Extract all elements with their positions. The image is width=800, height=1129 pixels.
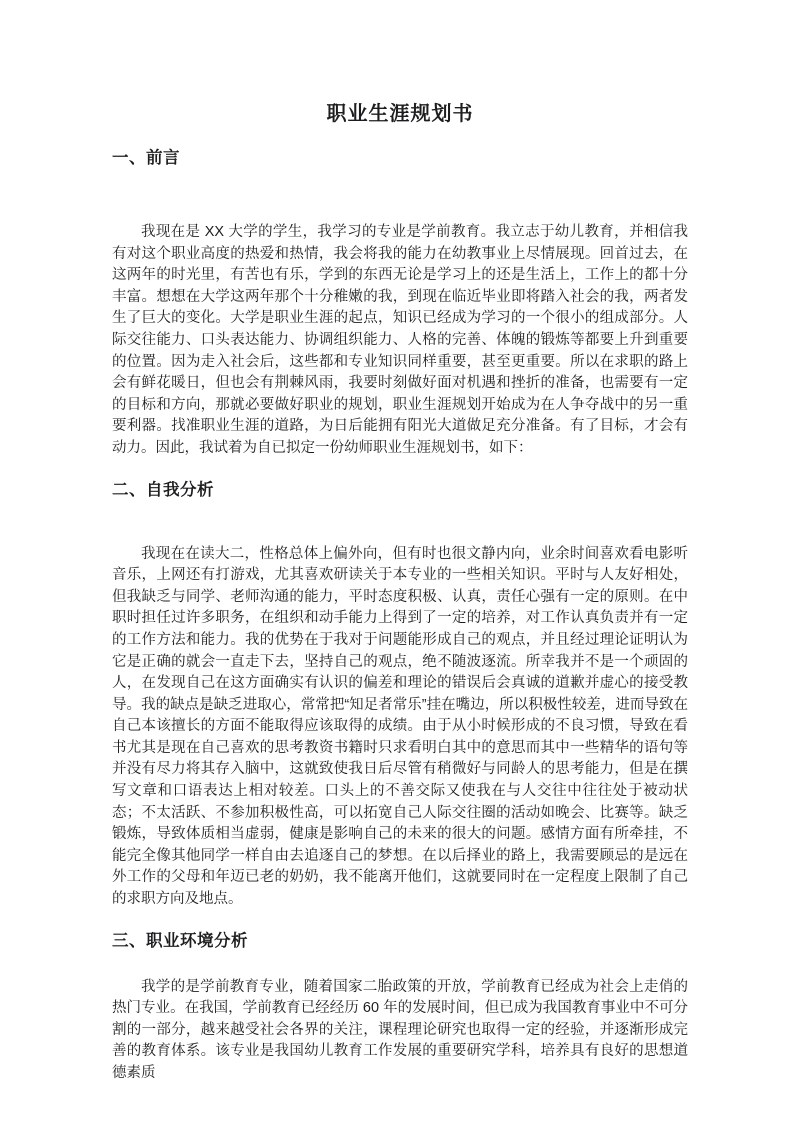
section-heading-preface: 一、前言	[112, 146, 688, 170]
section-self-analysis: 二、自我分析 我现在在读大二，性格总体上偏外向，但有时也很文静内向，业余时间喜欢…	[112, 478, 688, 911]
section-career-environment: 三、职业环境分析 我学的是学前教育专业，随着国家二胎政策的开放，学前教育已经成为…	[112, 929, 688, 1085]
section-heading-self-analysis: 二、自我分析	[112, 478, 688, 502]
section-heading-career-environment: 三、职业环境分析	[112, 929, 688, 953]
section-preface: 一、前言 我现在是 XX 大学的学生，我学习的专业是学前教育。我立志于幼儿教育，…	[112, 146, 688, 460]
section-paragraph-preface: 我现在是 XX 大学的学生，我学习的专业是学前教育。我立志于幼儿教育，并相信我有…	[112, 222, 688, 460]
document-page: 职业生涯规划书 一、前言 我现在是 XX 大学的学生，我学习的专业是学前教育。我…	[0, 0, 800, 1129]
section-paragraph-self-analysis: 我现在在读大二，性格总体上偏外向，但有时也很文静内向，业余时间喜欢看电影听音乐，…	[112, 544, 688, 911]
section-paragraph-career-environment: 我学的是学前教育专业，随着国家二胎政策的开放，学前教育已经成为社会上走俏的热门专…	[112, 977, 688, 1085]
document-title: 职业生涯规划书	[112, 100, 688, 128]
